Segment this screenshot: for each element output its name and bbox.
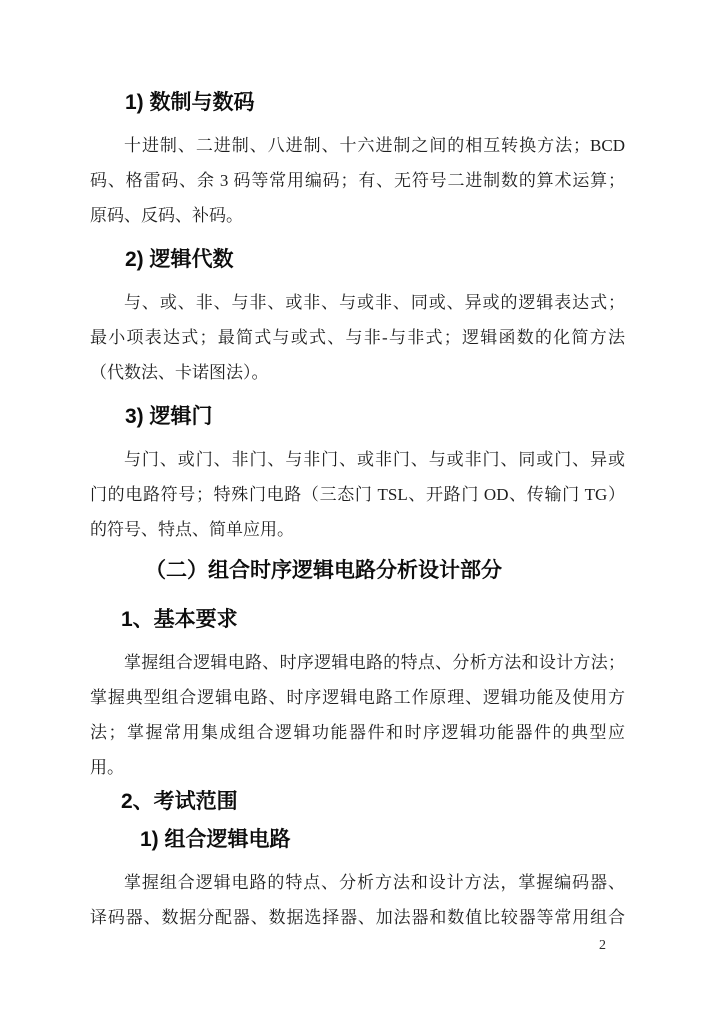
text-line: 掌握组合逻辑电路、时序逻辑电路的特点、分析方法和设计方法； — [90, 645, 625, 680]
basic-requirements-paragraph: 掌握组合逻辑电路、时序逻辑电路的特点、分析方法和设计方法；掌握典型组合逻辑电路、… — [90, 645, 625, 785]
text-line: 用。 — [90, 750, 625, 785]
text-line: （代数法、卡诺图法）。 — [90, 355, 625, 390]
section1-heading: 1) 数制与数码 — [125, 90, 625, 116]
text-line: 掌握典型组合逻辑电路、时序逻辑电路工作原理、逻辑功能及使用方 — [90, 680, 625, 715]
text-line: 掌握组合逻辑电路的特点、分析方法和设计方法，掌握编码器、 — [90, 865, 625, 900]
section1-paragraph: 十进制、二进制、八进制、十六进制之间的相互转换方法；BCD码、格雷码、余 3 码… — [90, 128, 625, 233]
text-line: 的符号、特点、简单应用。 — [90, 512, 625, 547]
text-line: 与、或、非、与非、或非、与或非、同或、异或的逻辑表达式； — [90, 285, 625, 320]
basic-requirements-heading: 1、基本要求 — [121, 607, 625, 633]
text-line: 最小项表达式；最简式与或式、与非-与非式；逻辑函数的化简方法 — [90, 320, 625, 355]
text-line: 译码器、数据分配器、数据选择器、加法器和数值比较器等常用组合 — [90, 900, 625, 935]
text-line: 法；掌握常用集成组合逻辑功能器件和时序逻辑功能器件的典型应 — [90, 715, 625, 750]
section2-heading: 2) 逻辑代数 — [125, 247, 625, 273]
combinational-logic-heading: 1) 组合逻辑电路 — [140, 827, 625, 853]
combinational-logic-paragraph: 掌握组合逻辑电路的特点、分析方法和设计方法，掌握编码器、译码器、数据分配器、数据… — [90, 865, 625, 935]
text-line: 原码、反码、补码。 — [90, 198, 625, 233]
section3-paragraph: 与门、或门、非门、与非门、或非门、与或非门、同或门、异或门的电路符号；特殊门电路… — [90, 442, 625, 547]
document-page: 1) 数制与数码 十进制、二进制、八进制、十六进制之间的相互转换方法；BCD码、… — [0, 0, 720, 1018]
text-line: 门的电路符号；特殊门电路（三态门 TSL、开路门 OD、传输门 TG） — [90, 477, 625, 512]
page-number: 2 — [599, 936, 606, 956]
text-line: 十进制、二进制、八进制、十六进制之间的相互转换方法；BCD — [90, 128, 625, 163]
section3-heading: 3) 逻辑门 — [125, 404, 625, 430]
section2-paragraph: 与、或、非、与非、或非、与或非、同或、异或的逻辑表达式；最小项表达式；最简式与或… — [90, 285, 625, 390]
text-line: 与门、或门、非门、与非门、或非门、与或非门、同或门、异或 — [90, 442, 625, 477]
exam-scope-heading: 2、考试范围 — [121, 789, 625, 815]
text-line: 码、格雷码、余 3 码等常用编码；有、无符号二进制数的算术运算； — [90, 163, 625, 198]
part2-heading: （二）组合时序逻辑电路分析设计部分 — [145, 557, 625, 585]
